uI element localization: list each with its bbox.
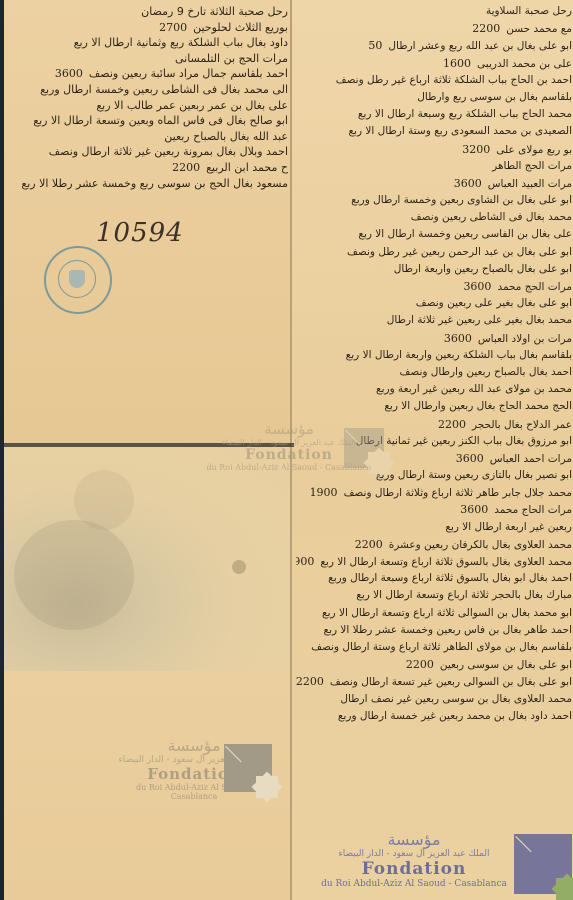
line-text: على بغال بن عمر ربعين عمر طالب الا ربع <box>96 100 288 112</box>
foundation-logo-icon <box>514 834 572 894</box>
star-icon <box>256 776 278 798</box>
line-text: على بن محمد الدريبى <box>477 58 572 70</box>
line-text: على بغال بن الفاسى ربعين وخمسة ارطال الا… <box>358 229 572 240</box>
line-amount: 50 <box>368 40 382 51</box>
manuscript-line: محمد بغال بغير على ربعين غير ثلاثة ارطال <box>296 315 572 332</box>
line-text: محمد جلال جابر طاهر ثلاثة ارباع وثلاثة ا… <box>344 487 572 499</box>
line-text: مرات الحاج محمد <box>494 504 572 516</box>
manuscript-line: ابو على بغال بن عبد الرحمن ربعين غير رطل… <box>296 247 572 264</box>
line-amount: 1900 <box>310 487 338 498</box>
manuscript-line: محمد جلال جابر طاهر ثلاثة ارباع وثلاثة ا… <box>296 487 572 504</box>
line-text: ابو على بغال بالصباح ربعين واربعة ارطال <box>394 264 572 275</box>
line-text: محمد بغال فى الشاطى ربعين ونصف <box>411 212 572 223</box>
manuscript-line: داود بغال بباب الشلكة ربع وثمانية ارطال … <box>12 37 288 53</box>
manuscript-line: ابو صالح بغال فى فاس الماه وبعين وتسعة ا… <box>12 115 288 131</box>
line-amount: 1600 <box>443 58 471 69</box>
manuscript-line: مسعود بغال الحج بن سوسى ربع وخمسة عشر رط… <box>12 178 288 194</box>
line-text: مرات الحج محمد <box>497 281 572 293</box>
foundation-logo-icon <box>224 744 272 792</box>
line-text: محمد بن مولاى عبد الله ربعين غير اربعة و… <box>376 384 572 395</box>
water-stain <box>14 520 134 630</box>
line-text: الى محمد بغال فى الشاطى ربعين وخمسة ارطا… <box>40 84 288 96</box>
line-amount: 3600 <box>460 504 488 515</box>
line-text: عمر الدلاح بغال بالحجر <box>472 419 572 431</box>
manuscript-line: بوريع الثلاث لحلوحين2700 <box>12 22 288 38</box>
line-amount: 3600 <box>444 333 472 344</box>
line-text: بو ربع مولاى على <box>496 144 572 156</box>
star-icon <box>556 878 573 900</box>
line-amount: 3600 <box>456 453 484 464</box>
line-text: احمد طاهر بغال بن فاس ربعين وخمسة عشر رط… <box>324 625 572 636</box>
line-amount: 3200 <box>462 144 490 155</box>
line-amount: 1900 <box>296 556 314 567</box>
manuscript-line: احمد داود بغال بن محمد ربعين غير خمسة ار… <box>296 711 572 728</box>
manuscript-page: رحل صحبة الثلاثة تارخ 9 رمضانبوريع الثلا… <box>4 0 573 900</box>
manuscript-line: مرات بن اولاد العباس3600 <box>296 333 572 350</box>
line-text: مرات الحج الطاهر <box>492 161 572 172</box>
manuscript-line: ابو محمد بغال بن السوالى ثلاثة ارباع وتس… <box>296 608 572 625</box>
watermark-french-subtitle: du Roi Abdul-Aziz Al Saoud - Casablanca <box>304 879 524 889</box>
manuscript-line: على بغال بن الفاسى ربعين وخمسة ارطال الا… <box>296 229 572 246</box>
line-text: داود بغال بباب الشلكة ربع وثمانية ارطال … <box>74 37 288 49</box>
line-amount: 3600 <box>463 281 491 292</box>
manuscript-line: ابو على بغال بن الشاوى ربعين وخمسة ارطال… <box>296 195 572 212</box>
watermark-french-title: Fondation <box>304 859 524 879</box>
line-text: بلقاسم بغال بن مولاى الطاهر ثلاثة ارباع … <box>311 642 572 653</box>
manuscript-line: ابو على بغال بالصباح ربعين واربعة ارطال <box>296 264 572 281</box>
manuscript-line: مرات الحج بن التلمسانى <box>12 53 288 69</box>
manuscript-line: بلقاسم بغال بن سوسى ربع وارطال <box>296 92 572 109</box>
line-amount: 2700 <box>159 22 187 33</box>
manuscript-line: ابو على بغال بن السوالى ربعين غير تسعة ا… <box>296 676 572 693</box>
line-text: ابو نصير بغال بالتازى ربعين وستة ارطال و… <box>376 470 572 481</box>
star-icon <box>368 452 390 474</box>
line-text: ربعين غير اربعة ارطال الا ربع <box>445 522 572 533</box>
seal-inner-ring <box>58 260 96 298</box>
manuscript-line: محمد بن مولاى عبد الله ربعين غير اربعة و… <box>296 384 572 401</box>
line-text: مرات احمد العباس <box>490 453 572 465</box>
line-text: ابو على بغال بن الشاوى ربعين وخمسة ارطال… <box>351 195 572 206</box>
watermark-bottom-right: مؤسسة الملك عبد العزيز آل سعود - الدار ا… <box>304 830 524 889</box>
manuscript-line: ابو على بغال بن سوسى ربعين2200 <box>296 659 572 676</box>
manuscript-line: ابو نصير بغال بالتازى ربعين وستة ارطال و… <box>296 470 572 487</box>
line-text: محمد العلاوى بغال بن سوسى ربعين غير نصف … <box>340 694 572 705</box>
manuscript-line: احمد وبلال بغال بمرونة ربعين غير ثلاثة ا… <box>12 146 288 162</box>
manuscript-line: محمد العلاوى بغال بالكرفان ربعين وعشرة22… <box>296 539 572 556</box>
line-text: مبارك بغال بالحجر ثلاثة ارباع وتسعة ارطا… <box>356 590 572 601</box>
line-text: محمد العلاوى بغال بالسوق ثلاثة ارباع وتس… <box>320 556 572 568</box>
manuscript-line: محمد العلاوى بغال بالسوق ثلاثة ارباع وتس… <box>296 556 572 573</box>
line-text: ابو على بغال بن عبد الرحمن ربعين غير رطل… <box>347 247 572 258</box>
line-amount: 2200 <box>406 659 434 670</box>
manuscript-line: احمد بن الحاج بباب الشلكة ثلاثة ارباع غي… <box>296 75 572 92</box>
line-text: ابو على بغال بن سوسى ربعين <box>440 659 572 671</box>
catalog-number: 10594 <box>96 218 184 248</box>
shield-icon <box>69 270 85 288</box>
manuscript-line: احمد طاهر بغال بن فاس ربعين وخمسة عشر رط… <box>296 625 572 642</box>
manuscript-line: مرات الحاج محمد3600 <box>296 504 572 521</box>
right-column-text: رحل صحبة السلاويةمع محمد حسن2200ابو على … <box>296 6 572 728</box>
line-text: ابو على بغال بن السوالى ربعين غير تسعة ا… <box>330 676 572 688</box>
manuscript-line: احمد بلقاسم جمال مراد سائبة ربعين ونصف36… <box>12 68 288 84</box>
line-text: مرات العبيد العباس <box>488 178 572 190</box>
line-amount: 2200 <box>172 162 200 173</box>
line-text: الحج محمد الحاج بغال ربعين وارطال الا رب… <box>384 401 572 412</box>
line-amount: 2200 <box>355 539 383 550</box>
line-text: ح محمد ابن الربيع <box>206 162 288 174</box>
line-amount: 3600 <box>454 178 482 189</box>
manuscript-line: ابو على بغال بغير على ربعين ونصف <box>296 298 572 315</box>
line-text: بوريع الثلاث لحلوحين <box>193 22 288 34</box>
manuscript-line: على بن محمد الدريبى1600 <box>296 58 572 75</box>
manuscript-line: الحج محمد الحاج بغال ربعين وارطال الا رب… <box>296 401 572 418</box>
line-text: بلقاسم بغال بباب الشلكة ربعين واربعة ارط… <box>346 350 572 361</box>
line-text: مرات الحج بن التلمسانى <box>175 53 288 65</box>
line-amount: 3600 <box>55 68 83 79</box>
manuscript-line: ح محمد ابن الربيع2200 <box>12 162 288 178</box>
manuscript-line: محمد بغال فى الشاطى ربعين ونصف <box>296 212 572 229</box>
manuscript-line: على بغال بن عمر ربعين عمر طالب الا ربع <box>12 100 288 116</box>
line-text: رحل صحبة الثلاثة تارخ 9 رمضان <box>141 6 288 18</box>
line-text: احمد بن الحاج بباب الشلكة ثلاثة ارباع غي… <box>336 75 572 86</box>
manuscript-line: احمد بغال ابو بغال بالسوق ثلاثة ارباع وس… <box>296 573 572 590</box>
manuscript-line: رحل صحبة السلاوية <box>296 6 572 23</box>
line-text: محمد العلاوى بغال بالكرفان ربعين وعشرة <box>389 539 572 551</box>
manuscript-line: احمد بغال بالصباح ربعين وارطال ونصف <box>296 367 572 384</box>
manuscript-line: مبارك بغال بالحجر ثلاثة ارباع وتسعة ارطا… <box>296 590 572 607</box>
watermark-arabic-title: مؤسسة <box>304 830 524 849</box>
library-seal-stamp <box>44 246 112 314</box>
manuscript-line: محمد العلاوى بغال بن سوسى ربعين غير نصف … <box>296 694 572 711</box>
line-amount: 2200 <box>438 419 466 430</box>
line-text: احمد بغال ابو بغال بالسوق ثلاثة ارباع وس… <box>328 573 572 584</box>
line-text: مسعود بغال الحج بن سوسى ربع وخمسة عشر رط… <box>21 178 288 190</box>
foundation-logo-icon <box>344 428 384 468</box>
watermark-arabic-subtitle: الملك عبد العزيز آل سعود - الدار البيضاء <box>304 849 524 859</box>
line-text: احمد وبلال بغال بمرونة ربعين غير ثلاثة ا… <box>49 146 288 158</box>
manuscript-line: ابو على بغال بن عبد الله ربع وعشر ارطال5… <box>296 40 572 57</box>
manuscript-line: محمد الحاج بباب الشلكة ربع وسبعة ارطال ا… <box>296 109 572 126</box>
line-text: محمد الحاج بباب الشلكة ربع وسبعة ارطال ا… <box>358 109 572 120</box>
manuscript-line: رحل صحبة الثلاثة تارخ 9 رمضان <box>12 6 288 22</box>
line-text: احمد بلقاسم جمال مراد سائبة ربعين ونصف <box>89 68 288 80</box>
spot-stain <box>232 560 246 574</box>
line-text: محمد بغال بغير على ربعين غير ثلاثة ارطال <box>387 315 572 326</box>
line-text: الصعيدى بن محمد السعودى ربع وستة ارطال ا… <box>348 126 572 137</box>
water-stain <box>74 470 134 530</box>
line-text: ابو صالح بغال فى فاس الماه وبعين وتسعة ا… <box>33 115 288 127</box>
line-amount: 2200 <box>296 676 324 687</box>
line-text: رحل صحبة السلاوية <box>486 6 572 17</box>
manuscript-line: بو ربع مولاى على3200 <box>296 144 572 161</box>
line-text: ابو على بغال بن عبد الله ربع وعشر ارطال <box>388 40 572 52</box>
manuscript-line: الصعيدى بن محمد السعودى ربع وستة ارطال ا… <box>296 126 572 143</box>
manuscript-line: بلقاسم بغال بباب الشلكة ربعين واربعة ارط… <box>296 350 572 367</box>
line-text: ابو على بغال بغير على ربعين ونصف <box>416 298 572 309</box>
line-text: احمد بغال بالصباح ربعين وارطال ونصف <box>400 367 573 378</box>
left-column-text: رحل صحبة الثلاثة تارخ 9 رمضانبوريع الثلا… <box>12 6 288 193</box>
manuscript-line: مرات الحج الطاهر <box>296 161 572 178</box>
line-text: عبد الله بغال بالصباح ربعين <box>164 131 288 143</box>
manuscript-line: الى محمد بغال فى الشاطى ربعين وخمسة ارطا… <box>12 84 288 100</box>
line-text: مرات بن اولاد العباس <box>478 333 572 345</box>
line-amount: 2200 <box>472 23 500 34</box>
line-text: ابو محمد بغال بن السوالى ثلاثة ارباع وتس… <box>322 608 572 619</box>
manuscript-line: بلقاسم بغال بن مولاى الطاهر ثلاثة ارباع … <box>296 642 572 659</box>
manuscript-line: مع محمد حسن2200 <box>296 23 572 40</box>
manuscript-line: مرات الحج محمد3600 <box>296 281 572 298</box>
manuscript-line: ربعين غير اربعة ارطال الا ربع <box>296 522 572 539</box>
line-text: احمد داود بغال بن محمد ربعين غير خمسة ار… <box>338 711 572 722</box>
line-text: بلقاسم بغال بن سوسى ربع وارطال <box>417 92 572 103</box>
manuscript-line: عبد الله بغال بالصباح ربعين <box>12 131 288 147</box>
line-text: مع محمد حسن <box>506 23 572 35</box>
manuscript-line: مرات العبيد العباس3600 <box>296 178 572 195</box>
